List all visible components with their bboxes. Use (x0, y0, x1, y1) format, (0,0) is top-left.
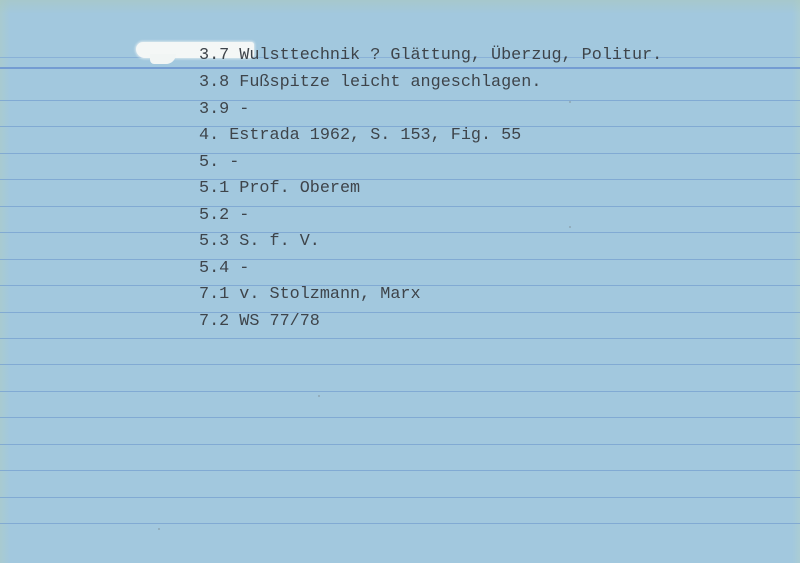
entry-5-2: 5.2 - (199, 207, 249, 225)
entry-5-3: 5.3 S. f. V. (199, 233, 320, 251)
ruled-line (0, 417, 800, 418)
entry-7-1: 7.1 v. Stolzmann, Marx (199, 286, 421, 304)
entry-3-9: 3.9 - (199, 101, 249, 119)
index-card: 3.7 Wulsttechnik ? Glättung, Überzug, Po… (0, 0, 800, 563)
ruled-line (0, 391, 800, 392)
ruled-line (0, 179, 800, 180)
header-rule-thick (0, 67, 800, 69)
entry-3-7: 3.7 Wulsttechnik ? Glättung, Überzug, Po… (199, 47, 662, 65)
ruled-line (0, 364, 800, 365)
entry-5-1: 5.1 Prof. Oberem (199, 180, 360, 198)
ruled-line (0, 153, 800, 154)
ruled-line (0, 338, 800, 339)
ruled-line (0, 444, 800, 445)
ruled-line (0, 470, 800, 471)
ruled-line (0, 100, 800, 101)
ruled-line (0, 232, 800, 233)
paper-speck (569, 101, 571, 103)
ruled-line (0, 523, 800, 524)
entry-7-2: 7.2 WS 77/78 (199, 313, 320, 331)
paper-speck (158, 528, 160, 530)
entry-5-4: 5.4 - (199, 260, 249, 278)
entry-4: 4. Estrada 1962, S. 153, Fig. 55 (199, 127, 521, 145)
paper-speck (318, 395, 320, 397)
ruled-line (0, 206, 800, 207)
ruled-line (0, 312, 800, 313)
ruled-line (0, 497, 800, 498)
paper-speck (569, 226, 571, 228)
entry-3-8: 3.8 Fußspitze leicht angeschlagen. (199, 74, 541, 92)
entry-5: 5. - (199, 154, 239, 172)
ruled-line (0, 259, 800, 260)
